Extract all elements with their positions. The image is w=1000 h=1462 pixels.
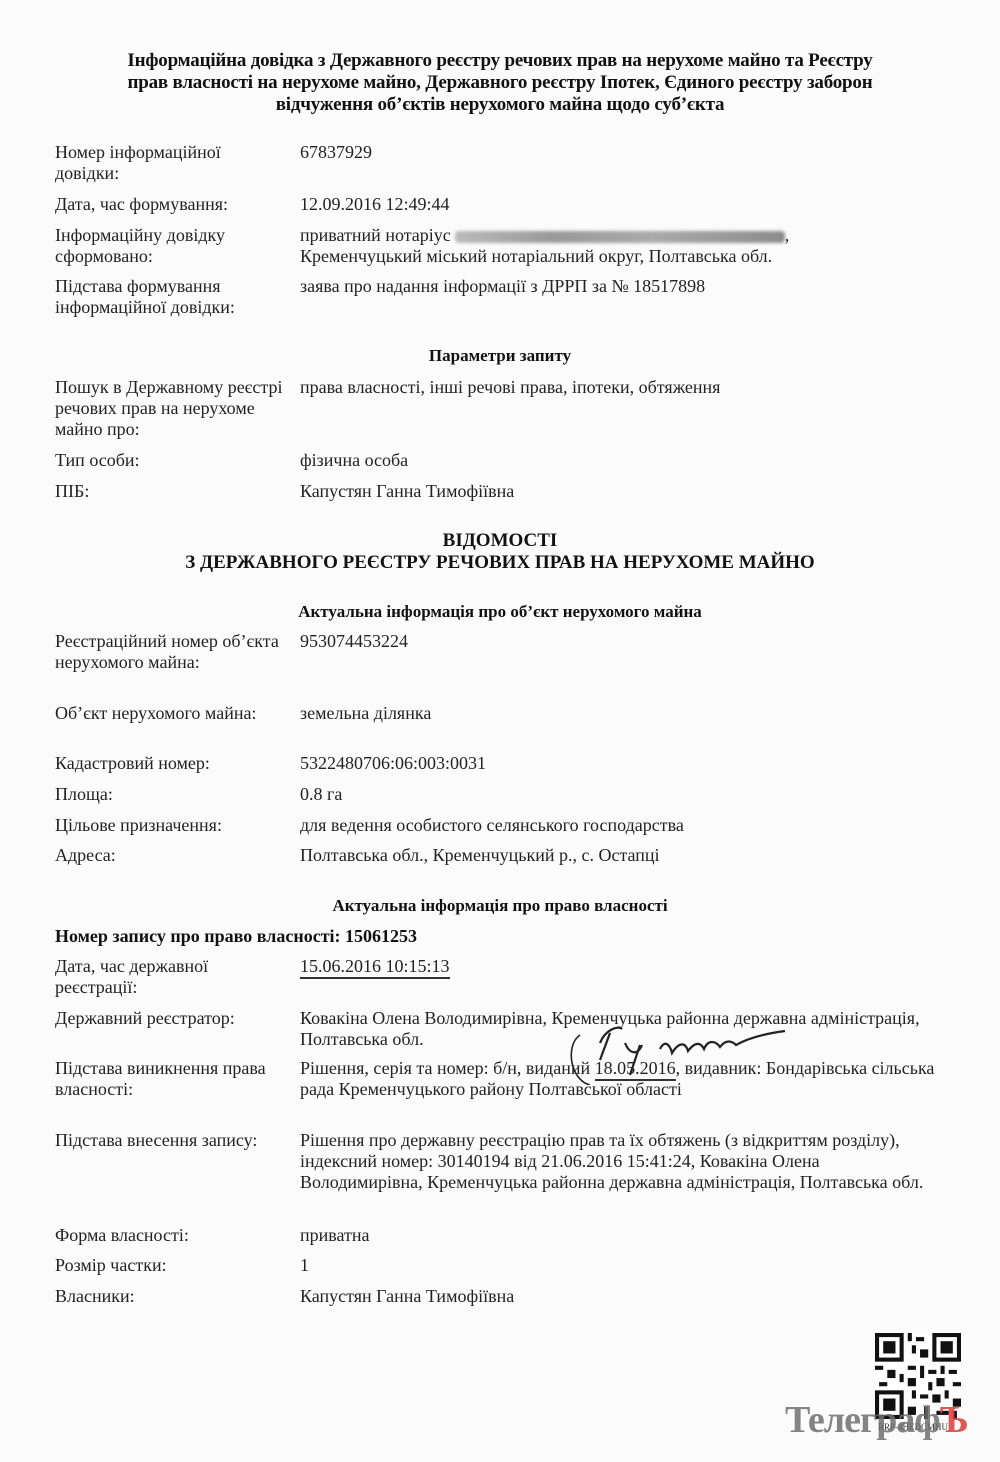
field-value: фізична особа (300, 450, 940, 471)
field-value: приватний нотаріус, Кременчуцький міськи… (300, 225, 940, 267)
ownership-record-number: Номер запису про право власності: 150612… (55, 926, 417, 947)
document-page: Інформаційна довідка з Державного реєстр… (0, 0, 1000, 1462)
field-label: Форма власності: (55, 1225, 285, 1246)
field-label: ПІБ: (55, 481, 285, 502)
register-heading: ВІДОМОСТІ З ДЕРЖАВНОГО РЕЄСТРУ РЕЧОВИХ П… (0, 530, 1000, 574)
field-value: 15.06.2016 10:15:13 (300, 956, 940, 977)
field-label: Тип особи: (55, 450, 285, 471)
title-line-3: відчуження об’єктів нерухомого майна щод… (60, 94, 940, 116)
register-heading-line-1: ВІДОМОСТІ (0, 530, 1000, 552)
query-params-heading: Параметри запиту (0, 346, 1000, 366)
field-label: Кадастровий номер: (55, 753, 285, 774)
field-label: Підстава виникнення права власності: (55, 1058, 285, 1100)
basis-text-a: Рішення, серія та номер: б/н, виданий (300, 1058, 595, 1078)
field-label: Дата, час державної реєстрації: (55, 956, 285, 998)
field-value: права власності, інші речові права, іпот… (300, 377, 940, 398)
field-value: 67837929 (300, 142, 940, 163)
comma: , (785, 225, 790, 245)
watermark-accent: Ъ (940, 1399, 968, 1441)
field-value: Капустян Ганна Тимофіївна (300, 1286, 940, 1307)
field-value: Капустян Ганна Тимофіївна (300, 481, 940, 502)
field-label: Підстава формування інформаційної довідк… (55, 276, 285, 318)
notary-prefix: приватний нотаріус (300, 225, 451, 245)
field-value: приватна (300, 1225, 940, 1246)
title-line-1: Інформаційна довідка з Державного реєстр… (60, 50, 940, 72)
property-info-heading: Актуальна інформація про об’єкт нерухомо… (0, 602, 1000, 622)
field-label: Реєстраційний номер об’єкта нерухомого м… (55, 631, 285, 673)
field-label: Інформаційну довідку сформовано: (55, 225, 285, 267)
field-label: Державний реєстратор: (55, 1008, 285, 1029)
field-value: Полтавська обл., Кременчуцький р., с. Ос… (300, 845, 940, 866)
field-label: Об’єкт нерухомого майна: (55, 703, 285, 724)
field-value: Рішення про державну реєстрацію прав та … (300, 1130, 940, 1193)
field-label: Власники: (55, 1286, 285, 1307)
field-value: земельна ділянка (300, 703, 940, 724)
handwritten-annotation-icon (570, 1015, 790, 1085)
field-label: Дата, час формування: (55, 194, 285, 215)
field-label: Підстава внесення запису: (55, 1130, 285, 1151)
field-value: 5322480706:06:003:0031 (300, 753, 940, 774)
ownership-info-heading: Актуальна інформація про право власності (0, 896, 1000, 916)
watermark-text: Телеграф (785, 1399, 940, 1441)
field-value: 0.8 га (300, 784, 940, 805)
field-label: Пошук в Державному реєстрі речових прав … (55, 377, 285, 440)
field-label: Адреса: (55, 845, 285, 866)
field-value: 1 (300, 1255, 940, 1276)
register-heading-line-2: З ДЕРЖАВНОГО РЕЄСТРУ РЕЧОВИХ ПРАВ НА НЕР… (0, 552, 1000, 574)
document-title: Інформаційна довідка з Державного реєстр… (60, 50, 940, 116)
field-value: для ведення особистого селянського госпо… (300, 815, 940, 836)
publisher-watermark: ТелеграфЪ (785, 1398, 968, 1442)
redacted-name (455, 231, 785, 243)
field-label: Номер інформаційної довідки: (55, 142, 285, 184)
field-value: 953074453224 (300, 631, 940, 652)
field-value: 12.09.2016 12:49:44 (300, 194, 940, 215)
registration-datetime-value: 15.06.2016 10:15:13 (300, 956, 450, 979)
title-line-2: прав власності на нерухоме майно, Держав… (60, 72, 940, 94)
field-label: Цільове призначення: (55, 815, 285, 836)
notary-district: Кременчуцький міський нотаріальний округ… (300, 246, 772, 266)
field-value: заява про надання інформації з ДРРП за №… (300, 276, 940, 297)
field-label: Площа: (55, 784, 285, 805)
field-label: Розмір частки: (55, 1255, 285, 1276)
